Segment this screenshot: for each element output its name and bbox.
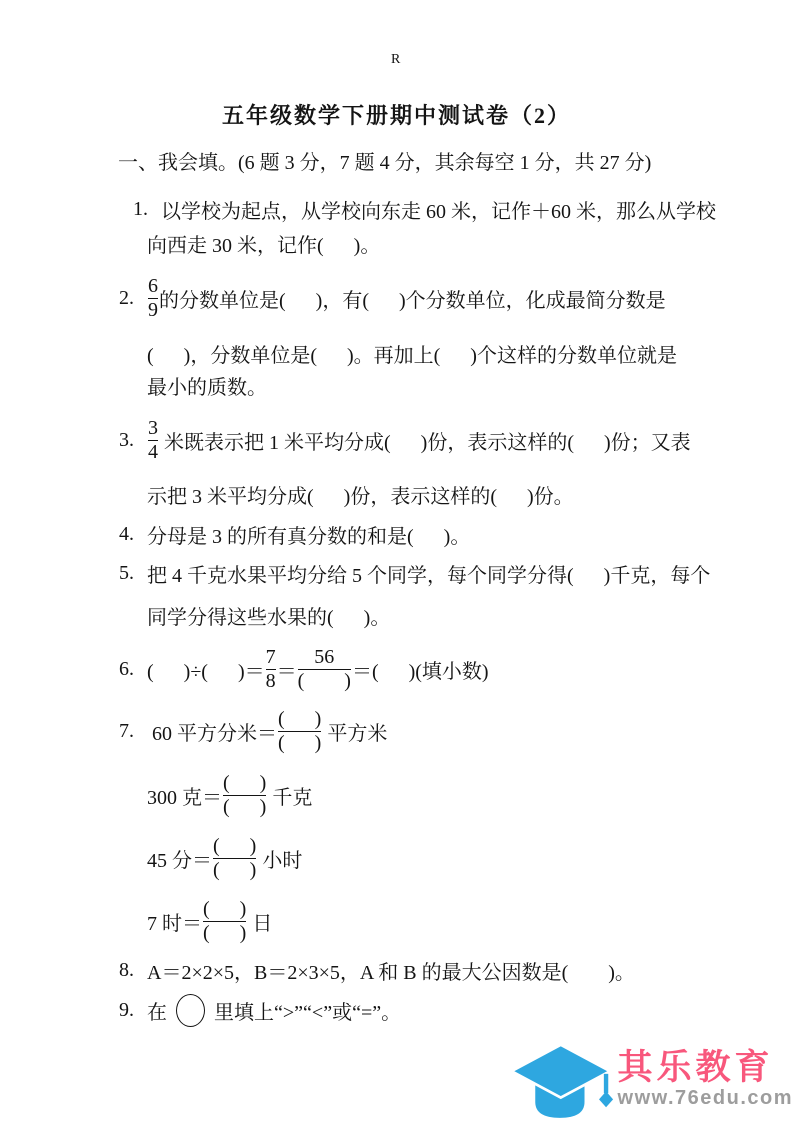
question-6: 6.( )÷( )＝78＝56( )＝( )(填小数): [119, 643, 489, 695]
brand-name: 其乐教育: [618, 1050, 793, 1087]
question-1-line-1: 1.以学校为起点，从学校向东走 60 米，记作＋60 米，那么从学校: [133, 195, 716, 224]
question-9: 9.在里填上“>”“<”或“=”。: [119, 992, 401, 1028]
fraction-numerator-blank: ( ): [223, 772, 266, 794]
test-paper-page: R 五年级数学下册期中测试卷（2） 一、我会填。(6 题 3 分，7 题 4 分…: [0, 0, 793, 1122]
equals-sign: ＝: [277, 655, 297, 684]
question-3-number: 3.: [119, 429, 147, 452]
question-2-line-2: ( )，分数单位是( )。再加上( )个这样的分数单位就是: [147, 339, 677, 368]
fraction-numerator-blank: ( ): [278, 708, 321, 730]
fraction-blank: ( )( ): [213, 835, 256, 881]
question-4-number: 4.: [119, 523, 147, 546]
fraction-blank: ( )( ): [278, 708, 321, 754]
conversion-unit: 千克: [267, 781, 312, 810]
question-6-text-end: ＝( )(填小数): [352, 655, 489, 684]
question-2-text: 的分数单位是( )，有( )个分数单位，化成最简分数是: [159, 284, 666, 313]
question-3-line-2: 示把 3 米平均分成( )份，表示这样的( )份。: [147, 480, 574, 509]
question-7-row-1: 7. 60 平方分米＝( )( ) 平方米: [119, 706, 387, 756]
question-3-line-1: 3.34 米既表示把 1 米平均分成( )份，表示这样的( )份；又表: [119, 410, 691, 470]
question-9-number: 9.: [119, 999, 147, 1022]
question-2-text-end: 最小的质数。: [147, 371, 267, 400]
conversion-lhs: 45 分＝: [147, 844, 212, 873]
fraction-denominator: 8: [266, 669, 276, 692]
question-8-number: 8.: [119, 959, 147, 982]
question-7-row-4: 7 时＝( )( ) 日: [147, 896, 272, 946]
graduation-cap-icon: [508, 1038, 614, 1122]
section-number: 一、: [118, 146, 158, 175]
fraction-numerator-blank: ( ): [213, 835, 256, 857]
fraction-numerator: 56: [314, 646, 334, 668]
conversion-unit: 平方米: [322, 717, 387, 746]
conversion-lhs: 7 时＝: [147, 907, 202, 936]
fraction-denominator-blank: ( ): [203, 921, 246, 944]
section-heading: 一、我会填。(6 题 3 分，7 题 4 分，其余每空 1 分，共 27 分): [118, 146, 651, 175]
blank-circle-shape: [176, 994, 205, 1027]
fraction-56-blank: 56( ): [298, 646, 351, 692]
question-4-text: 分母是 3 的所有真分数的和是( )。: [147, 520, 470, 549]
question-5-line-1: 5.把 4 千克水果平均分给 5 个同学，每个同学分得( )千克，每个: [119, 559, 710, 588]
question-5-text: 把 4 千克水果平均分给 5 个同学，每个同学分得( )千克，每个: [147, 559, 710, 588]
conversion-lhs: 60 平方分米＝: [147, 717, 277, 746]
brand-url: www.76edu.com: [618, 1087, 793, 1110]
fraction-7-8: 78: [266, 646, 276, 692]
question-3-text: 米既表示把 1 米平均分成( )份，表示这样的( )份；又表: [159, 426, 691, 455]
question-2-line-3: 最小的质数。: [147, 371, 267, 400]
fraction-denominator: 4: [148, 440, 158, 463]
question-1-text-continued: 向西走 30 米，记作( )。: [147, 229, 380, 258]
fraction-numerator: 3: [148, 417, 158, 439]
fraction-denominator: 9: [148, 298, 158, 321]
fraction-numerator-blank: ( ): [203, 898, 246, 920]
fraction-6-9: 69: [148, 275, 158, 321]
question-5-line-2: 同学分得这些水果的( )。: [147, 601, 390, 630]
fraction-numerator: 6: [148, 275, 158, 297]
footer-brand-text: 其乐教育 www.76edu.com: [618, 1050, 793, 1110]
fraction-denominator-blank: ( ): [278, 731, 321, 754]
question-7-row-2: 300 克＝( )( ) 千克: [147, 770, 312, 820]
question-1-text: 以学校为起点，从学校向东走 60 米，记作＋60 米，那么从学校: [161, 195, 716, 224]
conversion-unit: 小时: [257, 844, 302, 873]
question-4: 4.分母是 3 的所有真分数的和是( )。: [119, 520, 470, 549]
conversion-lhs: 300 克＝: [147, 781, 222, 810]
question-6-text-start: ( )÷( )＝: [147, 655, 265, 684]
question-3-text-continued: 示把 3 米平均分成( )份，表示这样的( )份。: [147, 480, 574, 509]
fraction-denominator-blank: ( ): [213, 858, 256, 881]
fraction-3-4: 34: [148, 417, 158, 463]
question-2-number: 2.: [119, 287, 147, 310]
question-7-number: 7.: [119, 720, 147, 743]
question-2-text-continued: ( )，分数单位是( )。再加上( )个这样的分数单位就是: [147, 339, 677, 368]
question-8-text: A＝2×2×5，B＝2×3×5，A 和 B 的最大公因数是( )。: [147, 956, 635, 985]
question-9-text-start: 在: [147, 996, 167, 1025]
question-1-number: 1.: [133, 198, 161, 221]
stray-r-mark: R: [391, 52, 400, 68]
question-1-line-2: 向西走 30 米，记作( )。: [147, 229, 380, 258]
page-title: 五年级数学下册期中测试卷（2）: [0, 99, 793, 130]
fraction-denominator-blank: ( ): [223, 795, 266, 818]
section-text: 我会填。(6 题 3 分，7 题 4 分，其余每空 1 分，共 27 分): [158, 146, 651, 175]
question-2-line-1: 2.69的分数单位是( )，有( )个分数单位，化成最简分数是: [119, 268, 666, 328]
question-9-text-end: 里填上“>”“<”或“=”。: [214, 996, 401, 1025]
fraction-blank: ( )( ): [203, 898, 246, 944]
question-6-number: 6.: [119, 658, 147, 681]
footer-brand-logo: 其乐教育 www.76edu.com: [508, 1038, 793, 1122]
question-5-text-continued: 同学分得这些水果的( )。: [147, 601, 390, 630]
question-7-row-3: 45 分＝( )( ) 小时: [147, 833, 302, 883]
fraction-blank: ( )( ): [223, 772, 266, 818]
conversion-unit: 日: [247, 907, 272, 936]
fraction-denominator-blank: ( ): [298, 669, 351, 692]
fraction-numerator: 7: [266, 646, 276, 668]
question-5-number: 5.: [119, 562, 147, 585]
question-8: 8.A＝2×2×5，B＝2×3×5，A 和 B 的最大公因数是( )。: [119, 956, 635, 985]
